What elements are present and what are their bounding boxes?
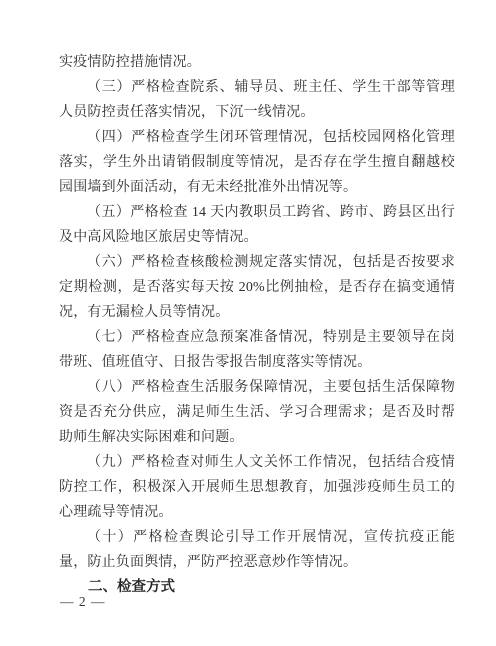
paragraph-item-3: （三）严格检查院系、辅导员、班主任、学生干部等管理人员防控责任落实情况，下沉一线… [59,75,455,125]
paragraph-item-9: （九）严格检查对师生人文关怀工作情况，包括结合疫情防控工作，积极深入开展师生思想… [59,450,455,525]
page-number: — 2 — [60,593,106,611]
paragraph-item-8: （八）严格检查生活服务保障情况，主要包括生活保障物资是否充分供应，满足师生生活、… [59,375,455,450]
paragraph-item-6: （六）严格检查核酸检测规定落实情况，包括是否按要求定期检测，是否落实每天按 20… [59,250,455,325]
paragraph-continuation: 实疫情防控措施情况。 [59,50,455,75]
section-heading-inspection-method: 二、检查方式 [59,575,455,600]
paragraph-item-5: （五）严格检查 14 天内教职员工跨省、跨市、跨县区出行及中高风险地区旅居史等情… [59,200,455,250]
document-page: 实疫情防控措施情况。 （三）严格检查院系、辅导员、班主任、学生干部等管理人员防控… [0,0,496,646]
document-body: 实疫情防控措施情况。 （三）严格检查院系、辅导员、班主任、学生干部等管理人员防控… [59,50,455,600]
paragraph-item-7: （七）严格检查应急预案准备情况，特别是主要领导在岗带班、值班值守、日报告零报告制… [59,325,455,375]
paragraph-item-4: （四）严格检查学生闭环管理情况，包括校园网格化管理落实，学生外出请销假制度等情况… [59,125,455,200]
paragraph-item-10: （十）严格检查舆论引导工作开展情况，宣传抗疫正能量，防止负面舆情，严防严控恶意炒… [59,525,455,575]
